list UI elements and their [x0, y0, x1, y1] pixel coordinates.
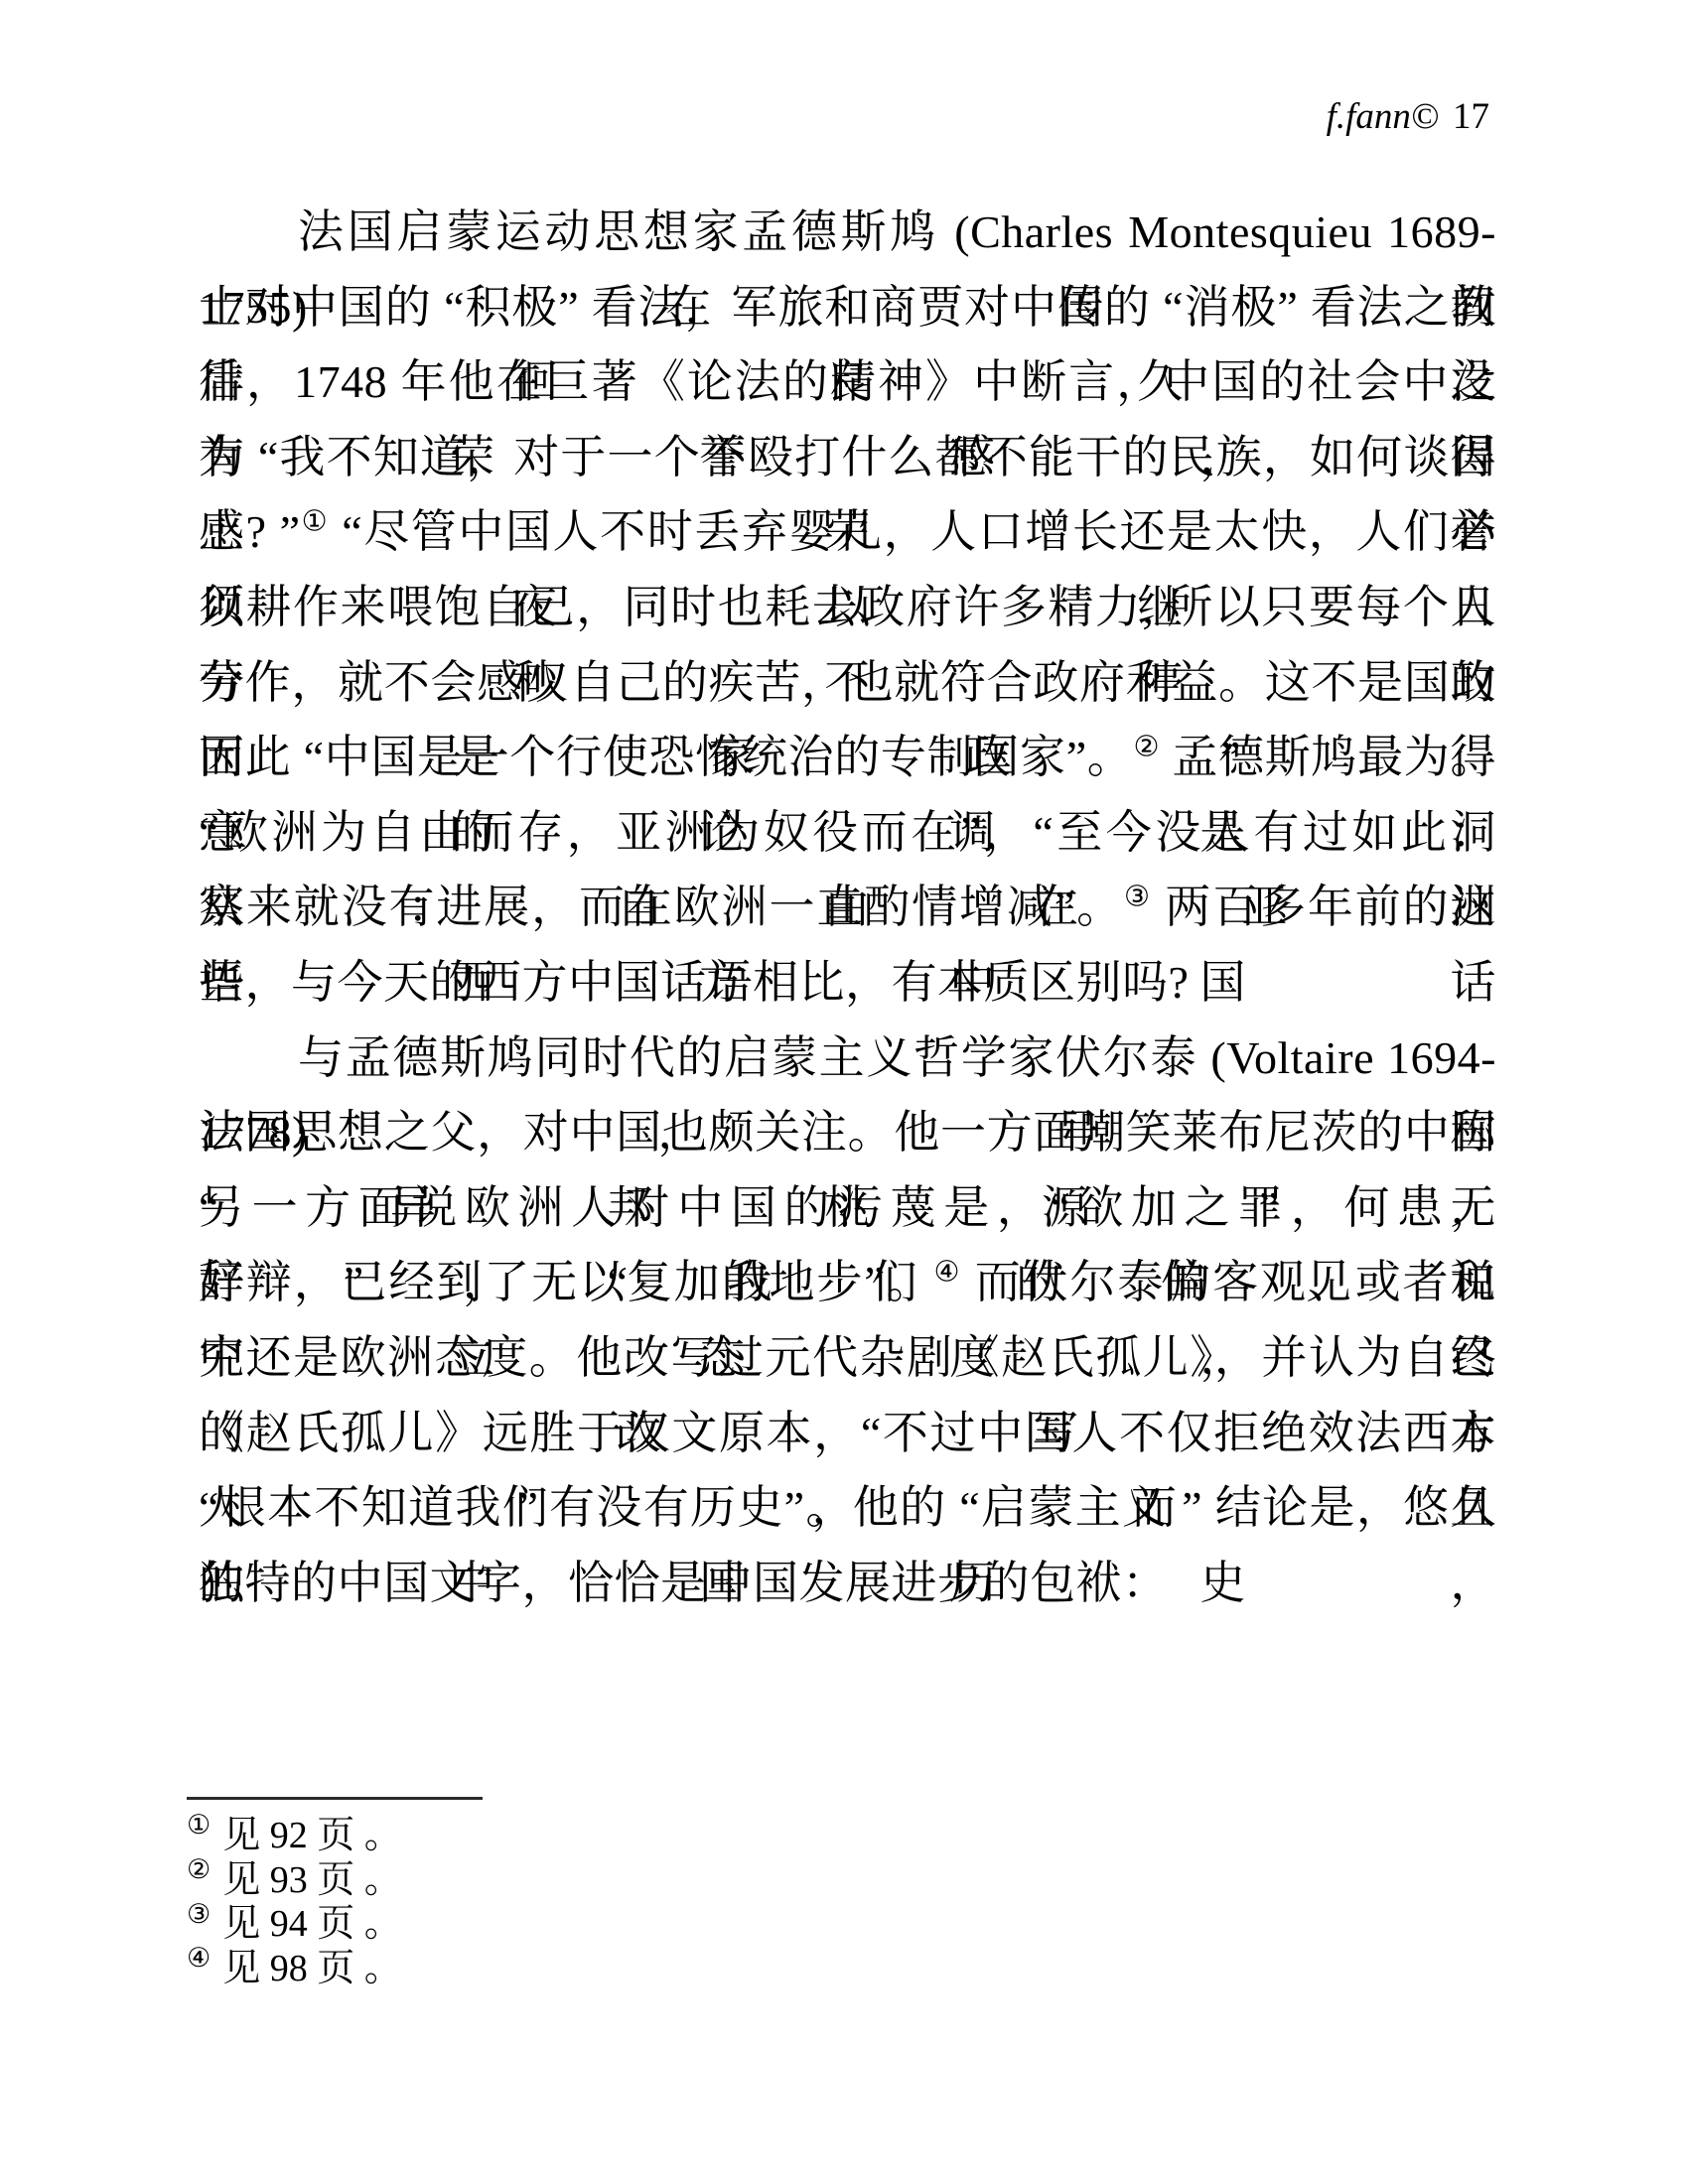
footnote-text: 见 92 页 。	[222, 1815, 402, 1856]
footnote-reference-mark: ④	[933, 1257, 961, 1289]
header-author: f.fann©	[1327, 96, 1439, 137]
text-line: 究还是欧洲态度。他改写过元代杂剧《赵氏孤儿》，并认为自己的改写本	[199, 1320, 1496, 1396]
text-segment: 独特的中国文字，恰恰是中国发展进步的包袱：	[199, 1558, 1169, 1608]
text-line: 法国启蒙运动思想家孟德斯鸠 (Charles Montesquieu 1689-…	[199, 195, 1496, 270]
text-segment: 好辩，已经到了无以复加的地步”。	[199, 1257, 933, 1307]
text-line: 与孟德斯鸠同时代的启蒙主义哲学家伏尔泰 (Voltaire 1694-1778)…	[199, 1021, 1496, 1096]
footnote-marker: ①	[187, 1810, 211, 1840]
footnote-text: 见 93 页 。	[222, 1859, 402, 1901]
text-line: 《赵氏孤儿》远胜于汉文原本，“不过中国人不仅拒绝效法西方人”，而且	[199, 1396, 1496, 1471]
text-line: 好辩，已经到了无以复加的地步”。④ 而伏尔泰的客观、或者说中立态度，终	[199, 1245, 1496, 1320]
page-header: f.fann©17	[0, 95, 1489, 139]
text-segment: 感? ”	[199, 506, 301, 557]
footnote-reference-mark: ③	[1124, 882, 1152, 913]
text-line: “欧洲为自由而存，亚洲为奴役而在”，“至今没人有过如此洞察：自由在亚洲	[199, 795, 1496, 871]
footnote-separator	[187, 1797, 483, 1800]
text-line: 因此 “中国是一个行使恐怖统治的专制国家”。② 孟德斯鸠最为得意的论调是：	[199, 720, 1496, 795]
text-line: 从来就没有进展，而在欧洲一直酌情增减”。③ 两百多年前的这些西方中国话	[199, 870, 1496, 945]
text-line: 为 “我不知道，对于一个不殴打什么都不能干的民族，如何谈得上荣誉	[199, 420, 1496, 495]
text-line: 感? ”① “尽管中国人不时丢弃婴儿，人口增长还是太快，人们必须夜以继日	[199, 494, 1496, 570]
footnote-marker: ③	[187, 1899, 211, 1929]
footnote-text: 见 98 页 。	[222, 1948, 402, 1989]
text-line: 后，1748 年他在巨著《论法的精神》中断言，中国的社会中没有荣誉感，因	[199, 344, 1496, 420]
footnote-marker: ②	[187, 1854, 211, 1884]
footnote-text: 见 94 页 。	[222, 1903, 402, 1945]
header-page-number: 17	[1453, 96, 1489, 137]
text-line: 法国思想之父，对中国也颇关注。他一方面嘲笑莱布尼茨的中国 “异邦桃源”，	[199, 1095, 1496, 1170]
footnote: ③见 94 页 。	[187, 1902, 402, 1947]
text-segment: 因此 “中国是一个行使恐怖统治的专制国家”。	[199, 732, 1133, 782]
text-line: 另一方面说欧洲人对中国的污蔑是，“欲加之罪，何患无辞”，“我们的偏见和	[199, 1170, 1496, 1246]
footnote-reference-mark: ②	[1133, 732, 1160, 763]
footnote: ①见 92 页 。	[187, 1814, 402, 1858]
footnote: ④见 98 页 。	[187, 1947, 402, 1991]
text-segment: 从来就没有进展，而在欧洲一直酌情增减”。	[199, 882, 1124, 932]
footnotes-section: ①见 92 页 。②见 93 页 。③见 94 页 。④见 98 页 。	[187, 1814, 402, 1990]
text-segment: 语，与今天的西方中国话语相比，有本质区别吗?	[199, 957, 1189, 1008]
text-line: 以耕作来喂饱自己，同时也耗去政府许多精力, 所以只要每个人分秒不停的	[199, 570, 1496, 645]
text-line: 劳作，就不会感叹自己的疾苦，也就符合政府利益。这不是国政而是家政”。	[199, 645, 1496, 721]
footnote-marker: ④	[187, 1943, 211, 1973]
document-body: 法国启蒙运动思想家孟德斯鸠 (Charles Montesquieu 1689-…	[199, 195, 1496, 1620]
text-line: 士对中国的 “积极” 看法，军旅和商贾对中国的 “消极” 看法之间徘徊良久之	[199, 270, 1496, 345]
footnote-reference-mark: ①	[301, 506, 330, 538]
text-line: “根本不知道我们有没有历史”。他的 “启蒙主义 ” 结论是，悠久的中国历史，	[199, 1470, 1496, 1546]
footnote: ②见 93 页 。	[187, 1858, 402, 1903]
document-page: f.fann©17 法国启蒙运动思想家孟德斯鸠 (Charles Montesq…	[0, 0, 1688, 2184]
